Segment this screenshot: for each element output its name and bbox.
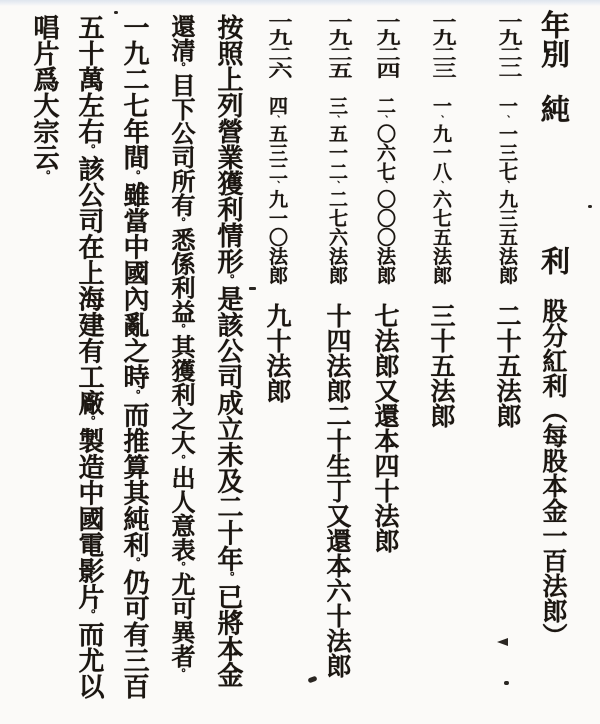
table-row-year: 一九二六: [265, 13, 289, 78]
ink-artifact: [114, 11, 118, 14]
table-row-dividend: 三十五法郎: [428, 303, 453, 428]
ink-artifact: [497, 638, 508, 646]
table-header-dividend: 股分紅利（每股本金一百法郎）: [540, 298, 565, 648]
table-row-dividend: 七法郎又還本四十法郎: [372, 303, 397, 553]
paragraph-column-5: 唱片爲大宗云。: [31, 14, 57, 182]
paragraph-column-1: 按照上列營業獲利情形。是該公司成立未及二十年。已將本金: [215, 14, 241, 687]
ink-artifact: [588, 205, 592, 208]
ink-artifact: [249, 287, 256, 290]
paragraph-column-4: 五十萬左右。該公司在上海建有工廠。製造中國電影片。而尤以: [76, 14, 102, 699]
paragraph-column-3: 一九二七年間。雖當中國內亂之時。而推算其純利。仍可有三百: [121, 14, 147, 699]
table-row-year: 一九二二: [495, 13, 519, 78]
table-row-year: 一九二五: [325, 13, 349, 78]
table-row-profit: 四、五三二、九一〇法郎: [267, 96, 286, 284]
table-row-dividend: 二十五法郎: [494, 303, 519, 428]
scanned-document-page: 年別 純利 股分紅利（每股本金一百法郎） 一九二二 一、一三七、九三五法郎 二十…: [0, 0, 600, 724]
table-header-year: 年別: [538, 10, 567, 68]
table-row-dividend: 十四法郎二十生丁又還本六十法郎: [324, 303, 349, 678]
table-header-profit: 純利: [538, 94, 567, 275]
table-row-profit: 三、五一二、二七六法郎: [327, 96, 346, 284]
scan-edge-tint: [0, 0, 600, 6]
table-row-year: 一九二三: [429, 13, 453, 78]
table-row-year: 一九二四: [373, 13, 397, 78]
paragraph-column-2: 還清。目下公司所有。悉係利益。其獲利之大。出人意表。尤可異者。: [168, 14, 192, 679]
ink-artifact: [307, 676, 317, 684]
table-row-profit: 二、〇六七、〇〇〇法郎: [375, 96, 394, 284]
table-row-dividend: 九十法郎: [264, 303, 289, 403]
table-row-profit: 一、九一八、六七五法郎: [431, 96, 450, 284]
ink-artifact: [504, 681, 509, 685]
table-row-profit: 一、一三七、九三五法郎: [497, 96, 516, 284]
